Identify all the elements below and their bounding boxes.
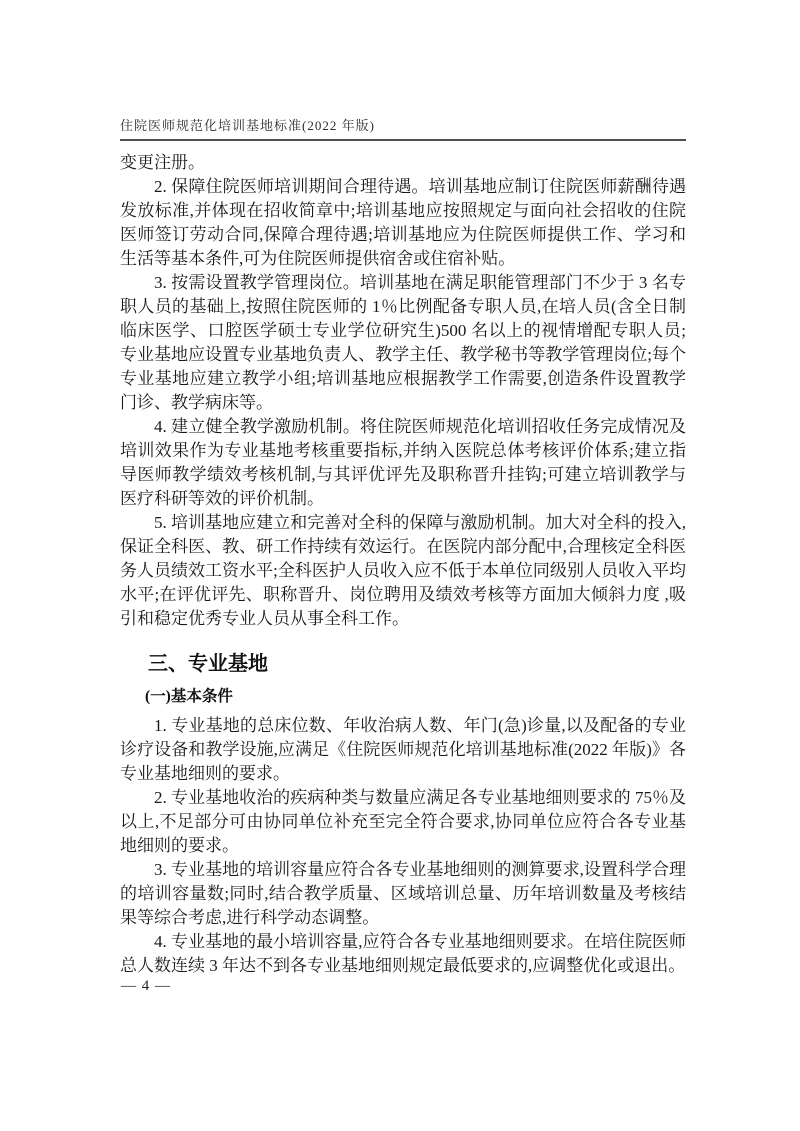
header-rule-divider <box>120 139 686 141</box>
subsection-heading: (一)基本条件 <box>145 686 686 708</box>
paragraph-item-4: 4. 建立健全教学激励机制。将住院医师规范化培训招收任务完成情况及培训效果作为专… <box>120 415 686 511</box>
section-paragraph-item-3: 3. 专业基地的培训容量应符合各专业基地细则的测算要求,设置科学合理的培训容量数… <box>120 858 686 930</box>
running-header-title: 住院医师规范化培训基地标准(2022 年版) <box>120 118 375 133</box>
paragraph-item-2: 2. 保障住院医师培训期间合理待遇。培训基地应制订住院医师薪酬待遇发放标准,并体… <box>120 175 686 271</box>
paragraph-continuation: 变更注册。 <box>120 151 686 175</box>
document-page: 住院医师规范化培训基地标准(2022 年版) 变更注册。 2. 保障住院医师培训… <box>0 0 800 1131</box>
section-paragraph-item-4: 4. 专业基地的最小培训容量,应符合各专业基地细则要求。在培住院医师总人数连续 … <box>120 930 686 978</box>
page-body: 变更注册。 2. 保障住院医师培训期间合理待遇。培训基地应制订住院医师薪酬待遇发… <box>120 151 686 978</box>
section-paragraph-item-1: 1. 专业基地的总床位数、年收治病人数、年门(急)诊量,以及配备的专业诊疗设备和… <box>120 714 686 786</box>
running-header: 住院医师规范化培训基地标准(2022 年版) <box>120 115 686 134</box>
page-number: — 4 — <box>121 978 171 995</box>
paragraph-item-3: 3. 按需设置教学管理岗位。培训基地在满足职能管理部门不少于 3 名专职人员的基… <box>120 271 686 415</box>
section-paragraph-item-2: 2. 专业基地收治的疾病种类与数量应满足各专业基地细则要求的 75％及以上,不足… <box>120 786 686 858</box>
section-heading: 三、专业基地 <box>148 651 686 677</box>
paragraph-item-5: 5. 培训基地应建立和完善对全科的保障与激励机制。加大对全科的投入,保证全科医、… <box>120 511 686 631</box>
